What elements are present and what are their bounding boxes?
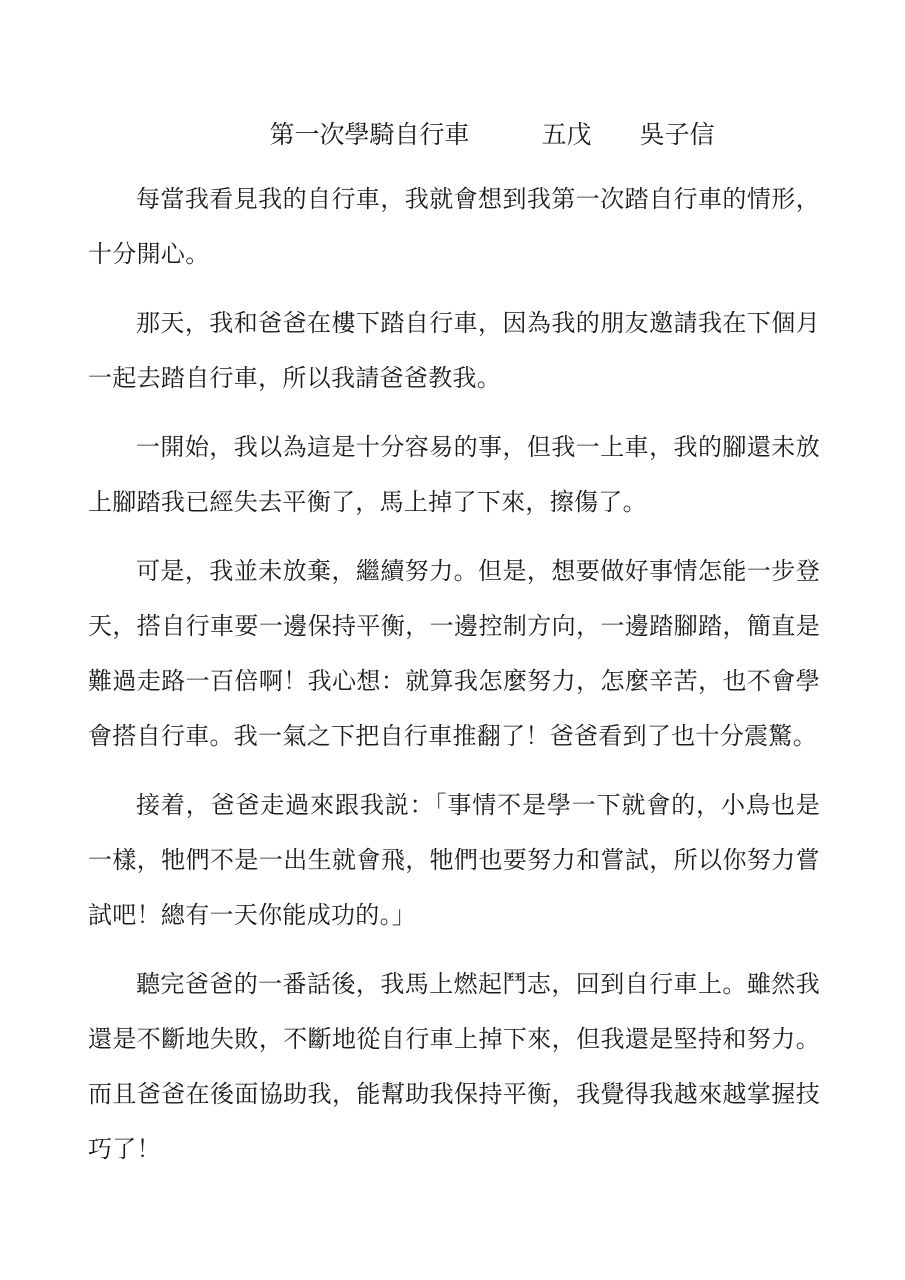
text-line: 會搭自行車。我一氣之下把自行車推翻了！爸爸看到了也十分震驚。	[88, 709, 820, 764]
text-line: 十分開心。	[88, 227, 820, 282]
text-line: 天，搭自行車要一邊保持平衡，一邊控制方向，一邊踏腳踏，簡直是	[88, 599, 820, 654]
class-label: 五戊	[541, 120, 591, 149]
essay-title: 第一次學騎自行車	[270, 120, 470, 149]
paragraph: 接着，爸爸走過來跟我説：「事情不是學一下就會的，小鳥也是一樣，牠們不是一出生就會…	[88, 778, 820, 943]
text-line: 可是，我並未放棄，繼續努力。但是，想要做好事情怎能一步登	[88, 544, 820, 599]
text-line: 每當我看見我的自行車，我就會想到我第一次踏自行車的情形，	[88, 172, 820, 227]
text-line: 一起去踏自行車，所以我請爸爸教我。	[88, 351, 820, 406]
text-line: 上腳踏我已經失去平衡了，馬上掉了下來，擦傷了。	[88, 475, 820, 530]
text-line: 試吧！總有一天你能成功的。」	[88, 888, 820, 943]
essay-title-row: 第一次學騎自行車 五戊 吳子信	[126, 107, 858, 162]
text-line: 一開始，我以為這是十分容易的事，但我一上車，我的腳還未放	[88, 420, 820, 475]
text-line: 難過走路一百倍啊！我心想：就算我怎麼努力，怎麼辛苦，也不會學	[88, 654, 820, 709]
document-page: 第一次學騎自行車 五戊 吳子信 每當我看見我的自行車，我就會想到我第一次踏自行車…	[0, 0, 905, 1280]
paragraph: 聽完爸爸的一番話後，我馬上燃起鬥志，回到自行車上。雖然我還是不斷地失敗，不斷地從…	[88, 957, 820, 1177]
text-line: 聽完爸爸的一番話後，我馬上燃起鬥志，回到自行車上。雖然我	[88, 957, 820, 1012]
author-name: 吳子信	[639, 120, 714, 149]
paragraph: 一開始，我以為這是十分容易的事，但我一上車，我的腳還未放上腳踏我已經失去平衡了，…	[88, 420, 820, 530]
text-line: 巧了！	[88, 1122, 820, 1177]
text-line: 而且爸爸在後面協助我，能幫助我保持平衡，我覺得我越來越掌握技	[88, 1067, 820, 1122]
essay-body: 每當我看見我的自行車，我就會想到我第一次踏自行車的情形，十分開心。那天，我和爸爸…	[88, 172, 820, 1177]
text-line: 還是不斷地失敗，不斷地從自行車上掉下來，但我還是堅持和努力。	[88, 1012, 820, 1067]
paragraph: 可是，我並未放棄，繼續努力。但是，想要做好事情怎能一步登天，搭自行車要一邊保持平…	[88, 544, 820, 764]
paragraph: 每當我看見我的自行車，我就會想到我第一次踏自行車的情形，十分開心。	[88, 172, 820, 282]
text-line: 一樣，牠們不是一出生就會飛，牠們也要努力和嘗試，所以你努力嘗	[88, 833, 820, 888]
paragraph: 那天，我和爸爸在樓下踏自行車，因為我的朋友邀請我在下個月一起去踏自行車，所以我請…	[88, 296, 820, 406]
text-line: 接着，爸爸走過來跟我説：「事情不是學一下就會的，小鳥也是	[88, 778, 820, 833]
text-line: 那天，我和爸爸在樓下踏自行車，因為我的朋友邀請我在下個月	[88, 296, 820, 351]
